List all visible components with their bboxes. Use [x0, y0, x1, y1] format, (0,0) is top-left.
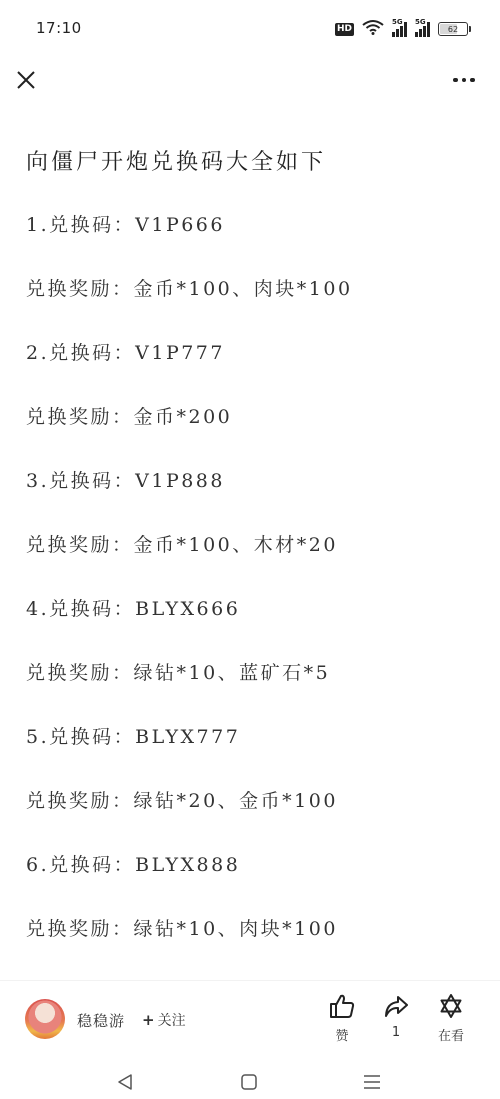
thumbs-up-icon: [329, 993, 355, 1019]
wow-button[interactable]: 在看: [431, 993, 471, 1044]
code-line-3: 3.兑换码：V1P888: [26, 466, 225, 493]
status-time: 17:10: [36, 19, 82, 37]
battery-level: 62: [448, 25, 458, 34]
reward-line-2: 兑换奖励：金币*200: [26, 402, 232, 429]
wow-flower-icon: [438, 993, 464, 1019]
follow-label: 关注: [158, 1013, 186, 1029]
recents-icon: [363, 1073, 381, 1091]
follow-button[interactable]: +关注: [142, 1010, 186, 1030]
code-line-5: 5.兑换码：BLYX777: [26, 722, 240, 749]
author-name[interactable]: 稳稳游: [77, 1010, 125, 1031]
wifi-icon: [362, 19, 384, 39]
code-line-4: 4.兑换码：BLYX666: [26, 594, 240, 621]
reward-line-3: 兑换奖励：金币*100、木材*20: [26, 530, 338, 557]
recents-button[interactable]: [361, 1072, 383, 1092]
hd-voice-icon: HD: [335, 23, 354, 36]
more-icon-dot: [453, 78, 458, 83]
home-button[interactable]: [238, 1072, 260, 1092]
more-icon-dot: [462, 78, 467, 83]
wow-label: 在看: [438, 1025, 464, 1044]
status-icons: HD 5G 5G 62: [335, 19, 468, 39]
reward-line-1: 兑换奖励：金币*100、肉块*100: [26, 274, 353, 301]
share-count: 1: [392, 1025, 400, 1040]
system-nav-bar: [0, 1060, 500, 1099]
article-title: 向僵尸开炮兑换码大全如下: [26, 145, 326, 176]
reward-line-4: 兑换奖励：绿钻*10、蓝矿石*5: [26, 658, 330, 685]
status-bar: 17:10 HD 5G 5G 62: [0, 0, 500, 58]
back-icon: [116, 1073, 134, 1091]
more-icon-dot: [470, 78, 475, 83]
like-label: 赞: [335, 1025, 348, 1044]
share-button[interactable]: 1: [376, 993, 416, 1040]
close-button[interactable]: [12, 66, 40, 94]
like-button[interactable]: 赞: [322, 993, 362, 1044]
reward-line-5: 兑换奖励：绿钻*20、金币*100: [26, 786, 338, 813]
code-line-6: 6.兑换码：BLYX888: [26, 850, 240, 877]
author-avatar[interactable]: [25, 999, 65, 1039]
share-icon: [383, 993, 409, 1019]
signal-5g-icon: 5G: [392, 21, 407, 37]
back-button[interactable]: [114, 1072, 136, 1092]
close-icon: [16, 70, 36, 90]
top-nav: [0, 58, 500, 104]
code-line-1: 1.兑换码：V1P666: [26, 210, 225, 237]
code-line-2: 2.兑换码：V1P777: [26, 338, 225, 365]
plus-icon: +: [142, 1011, 155, 1029]
more-options-button[interactable]: [448, 68, 480, 92]
battery-icon: 62: [438, 22, 468, 36]
article-footer: 稳稳游 +关注 赞 1 在看: [0, 980, 500, 1055]
reward-line-6: 兑换奖励：绿钻*10、肉块*100: [26, 914, 338, 941]
home-icon: [240, 1073, 258, 1091]
signal-5g-icon: 5G: [415, 21, 430, 37]
